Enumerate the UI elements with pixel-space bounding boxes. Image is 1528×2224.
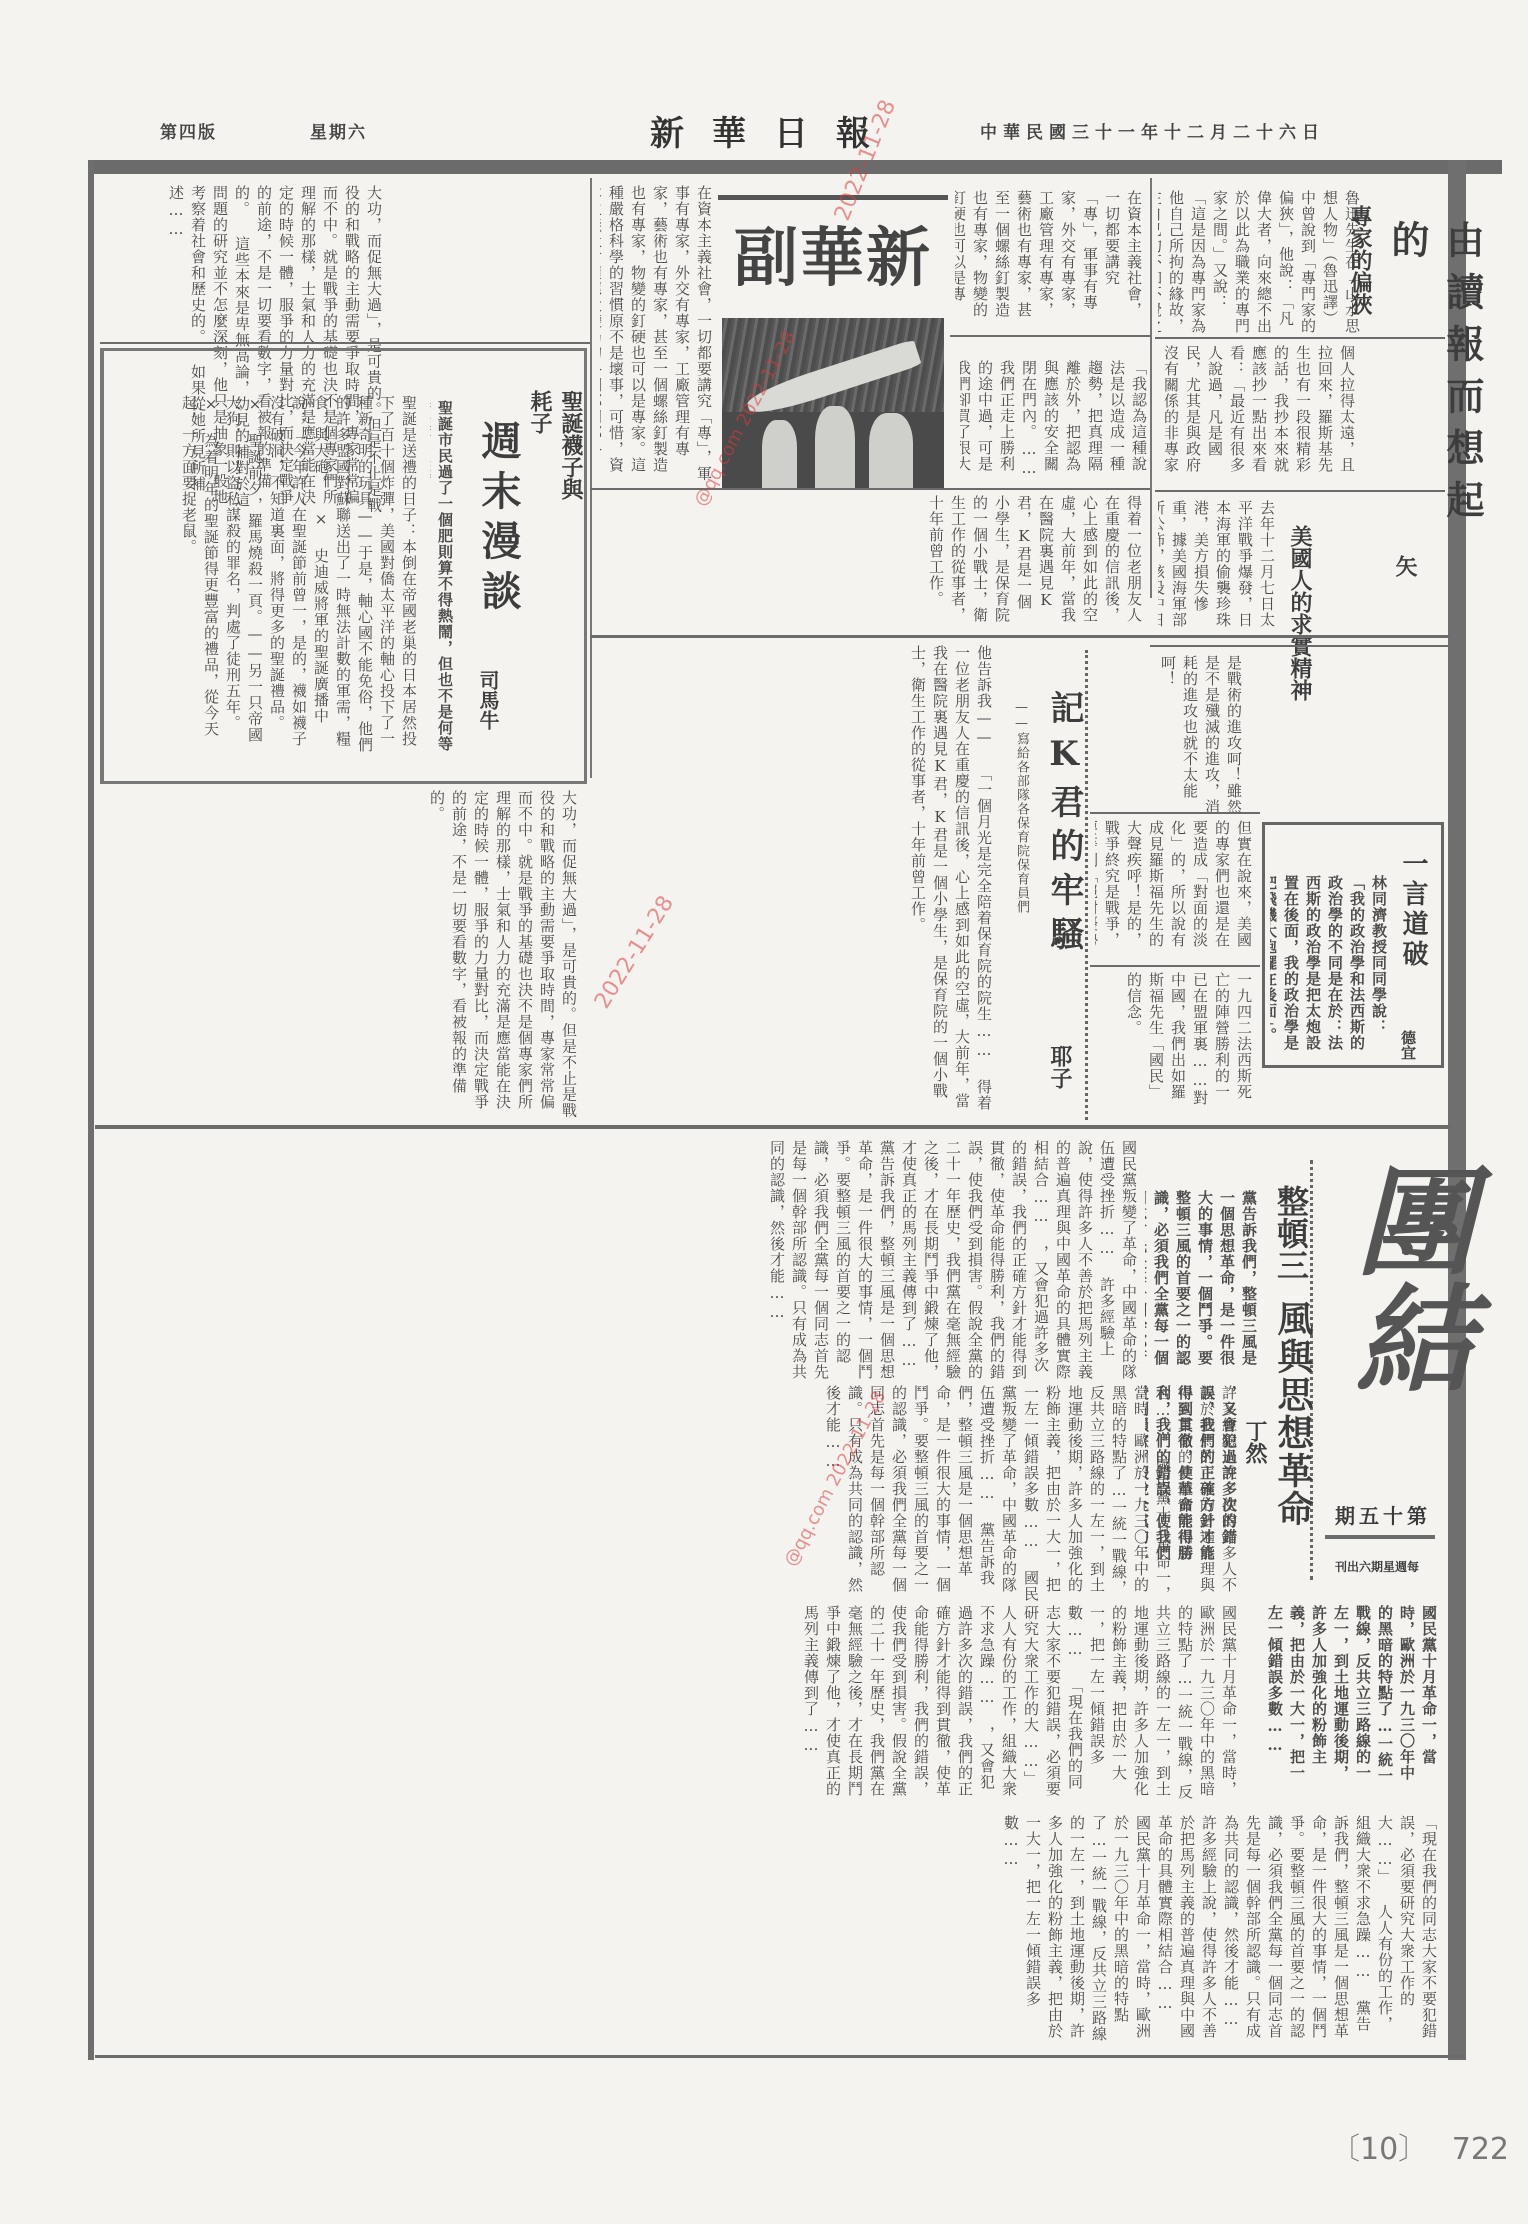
weekend-talk-title: 週末漫談 xyxy=(470,420,527,640)
one-word-author: 德宜 xyxy=(1398,1030,1419,1070)
paragraph: 「一個月光是完全陪着保育院的院生…… xyxy=(975,766,993,1060)
column-rule xyxy=(1150,178,1152,598)
tuanjie-headline-b: 風與思想革命 xyxy=(1268,1300,1319,1560)
tuanjie-lead-upper: 黨告訴我們，整頓三風是一個思想革命，是一件很大的事情，一個鬥爭。要整頓三風的首要… xyxy=(1145,1190,1260,1370)
column-rule xyxy=(590,178,592,778)
paragraph: 他告訴我—— xyxy=(975,645,993,747)
paragraph: 得着一位老朋友人在重慶的信訊後，心上感到如此的空虛，大前年，當我在醫院裏遇見K君… xyxy=(927,495,1143,623)
worker-figure xyxy=(762,420,798,488)
tuanjie-issue: 第十五期 xyxy=(1335,1500,1431,1529)
tuanjie-banner: 團結 xyxy=(1320,1160,1490,1520)
quote: 「我認為這種說法是以造成一種趨勢，把真理隔離於外，把認為與應該的安全關閉在門內。… xyxy=(960,360,1148,478)
paragraph: ，又會犯過許多次的錯誤，我們的正確方針才能得到貫徹，使革命能得勝利，我們的錯誤，… xyxy=(802,1605,996,1797)
sub-title-experts-bias: 專家的偏狹 xyxy=(1345,205,1376,335)
paragraph: 聖誕前夕，羅馬燒殺一頁。——另一只帝國大狗，則以盜私謀殺的罪名，判處了徒刑五年。 xyxy=(224,395,264,743)
one-word-title: 一言道破 xyxy=(1395,850,1432,980)
section-divider xyxy=(95,1125,1450,1129)
paragraph: 在資本主義社會，一切都要講究「專」，軍事有專家，外交有專家，工廠管理有專家，藝術… xyxy=(955,190,1143,318)
separator: × xyxy=(312,510,330,529)
paragraph: ，又會犯過許多次的錯誤，我們的正確方針才能得到貫徹，使革命能得勝利，我們的錯誤，… xyxy=(900,1140,1050,1380)
edition-label: 第四版 xyxy=(160,118,280,143)
worker-figure xyxy=(815,406,855,488)
paragraph: 國民黨十月革命一，當時，歐洲於一九三〇年中的黑暗的特點了…一統一戰線，反共立三路… xyxy=(1022,1385,1172,1602)
divider xyxy=(590,635,1450,638)
paragraph: 國民黨十月革命一，當時，歐洲於一九三〇年中的黑暗的特點了…一統一戰線，反共立三路… xyxy=(1066,1605,1238,1800)
k-jun-subtitle: ——寫給各部隊各保育院保育員們 xyxy=(1010,700,1032,1000)
tuanjie-body-tier-3: 國民黨十月革命一，當時，歐洲於一九三〇年中的黑暗的特點了…一統一戰線，反共立三路… xyxy=(100,1605,1240,1805)
page-number-value: 722 xyxy=(1452,2132,1509,2167)
sub-title-american-pragmatism: 美國人的求實精神 xyxy=(1285,525,1316,705)
weekend-talk-author: 司馬牛 xyxy=(474,670,503,750)
tuanjie-body-tier-1: 國民黨叛變了革命，中國革命的隊伍遭受挫折…… 許多經驗上說，使得許多人不善於把馬… xyxy=(100,1140,1140,1380)
right-section-col-3: 去年十二月七日太平洋戰爭爆發，日本海軍的偷襲珍珠港，美方損失慘重，據美國海軍部所… xyxy=(1158,500,1278,640)
paragraph: 為着明年的聖誕節得更豐富的禮品，從今天起，一方面要捉老鼠。 xyxy=(180,395,220,737)
divider xyxy=(100,342,590,344)
page-bracket: 〔10〕 xyxy=(1330,2132,1428,2167)
weekday-label: 星期六 xyxy=(310,118,430,143)
right-section-col-2: 個人拉得太遠，且拉回來，羅斯基先生也有一段很精彩的話，我抄本來就應該抄一點出來看… xyxy=(1158,345,1358,485)
date-line: 中華民國三十一年十二月二十六日 xyxy=(980,118,1500,143)
column-title: 由讀報而想起的 xyxy=(1380,220,1490,560)
weekend-talk-subtitle: 聖誕襪子與耗子 xyxy=(525,390,587,520)
separator: × xyxy=(202,395,220,414)
separator: × xyxy=(246,395,264,414)
divider xyxy=(1325,1535,1435,1539)
paragraph: 在資本主義社會，一切都要講究「專」，軍事有專家，外交有專家，工廠管理有專家，藝術… xyxy=(600,185,713,482)
paragraph: 一九四二法西斯死亡的陣營勝利的一已在盟軍裏……對中國，我們出如羅斯福先生「國民」… xyxy=(1125,972,1253,1106)
page-number: 〔10〕 722 xyxy=(1330,2124,1509,2168)
paragraph: 是戰術的進攻呵！雖然是不是殲滅的進攻，消耗的進攻也就不太能呵！ xyxy=(1159,655,1243,815)
middle-article-body: 得着一位老朋友人在重慶的信訊後，心上感到如此的空虛，大前年，當我在醫院裏遇見K君… xyxy=(595,495,1145,625)
paragraph: 許多經驗上說，使得許多人不善於把馬列主義的普遍真理與中國革命的具體實際相結合…… xyxy=(1156,1815,1218,2039)
right-section-col-1: 魯迅先生在「山水思想人物」（魯迅譯）中曾說到「專門家的偏狹」，他說：「凡偉大者，… xyxy=(1158,190,1363,335)
tuanjie-author: 丁然 xyxy=(1240,1420,1271,1500)
k-jun-body-lower: 一九四二法西斯死亡的陣營勝利的一已在盟軍裏……對中國，我們出如羅斯福先生「國民」… xyxy=(1095,972,1255,1112)
paragraph: 國民黨十月革命一，當時，歐洲於一九三〇年中的黑暗的特點了…一統一戰線，反共立三路… xyxy=(1002,1815,1152,2042)
weekend-talk-lead: 聖誕市民過了一個肥則算不得熱鬧，但也不是何等安莫的聖誕。 xyxy=(430,400,456,760)
paragraph: 但實在說來，美國的專家們也還是在要造成「對面的淡化」的，所以說有成見羅斯福先生的… xyxy=(1095,820,1253,957)
divider xyxy=(1090,965,1260,967)
experts-article-body: 在資本主義社會，一切都要講究「專」，軍事有專家，外交有專家，工廠管理有專家，藝術… xyxy=(955,190,1145,330)
tuanjie-headline-a: 整頓三 xyxy=(1268,1185,1314,1305)
divider xyxy=(950,335,1150,337)
experts-quote: 「我認為這種說法是以造成一種趨勢，把真理隔離於外，把認為與應該的安全關閉在門內。… xyxy=(960,360,1150,485)
tuanjie-body-tier-2: 許多經驗上說，使得許多人不善於把馬列主義的普遍真理與中國革命的具體實際相結合……… xyxy=(100,1385,1240,1605)
one-word-text: 林同濟教授同同學說：「我的政治學和法西斯的政治學的不同是在於：法西斯的政治學是把… xyxy=(1270,875,1390,1055)
paragraph: 大功，而促無大過」，是可貴的。但是不止是戰役的和戰略的主動需要爭取時間，專家常常… xyxy=(428,790,578,1119)
tuanjie-body-right-lower: 國民黨十月革命一，當時，歐洲於一九三〇年中的黑暗的特點了…一統一戰線，反共立三路… xyxy=(1250,1605,1440,1795)
weekend-talk-body: 聖誕是送禮的日子：本倒在帝國老巢的日本居然投下了百十個炸彈，美國對僑太平洋的軸心… xyxy=(110,395,420,755)
worker-figure xyxy=(869,413,913,488)
left-middle-article: 大功，而促無大過」，是可貴的。但是不止是戰役的和戰略的主動需要爭取時間，專家常常… xyxy=(100,790,580,1120)
author-char: 丁 xyxy=(1242,1420,1268,1442)
quote: 林同濟教授同同學說：「我的政治學和法西斯的政治學的不同是在於：法西斯的政治學是把… xyxy=(1270,875,1388,1051)
tuanjie-issue-note: 每週星期六出刊 xyxy=(1335,1558,1419,1575)
author-char: 然 xyxy=(1242,1442,1268,1464)
k-jun-body-left: 他告訴我—— 「一個月光是完全陪着保育院的院生…… 得着一位老朋友人在重慶的信訊… xyxy=(595,645,995,1115)
paragraph: 黨告訴我們，整頓三風是一個思想革命，是一件很大的事情，一個鬥爭。要整頓三風的首要… xyxy=(1222,1815,1372,2039)
tuanjie-body-tier-4: 「現在我們的同志大家不要犯錯誤，必須要研究大衆工作的大……」 人人有份的工作，組… xyxy=(100,1815,1440,2045)
paragraph: 黨告訴我們，整頓三風是一個思想革命，是一件很大的事情，一個鬥爭。要整頓三風的首要… xyxy=(824,1385,996,1593)
paragraph: 黨告訴我們，整頓三風是一個思想革命，是一件很大的事情，一個鬥爭。要整頓三風的首要… xyxy=(768,1140,896,1380)
bottom-rule xyxy=(95,2055,1465,2058)
divider xyxy=(590,488,1150,490)
masthead-title: 新華日報 xyxy=(650,106,950,155)
divider xyxy=(1150,645,1450,647)
k-jun-author: 耶子 xyxy=(1045,1045,1076,1105)
column-author: 矢 xyxy=(1390,555,1421,585)
k-jun-body-upper: 是戰術的進攻呵！雖然是不是殲滅的進攻，消耗的進攻也就不太能呵！ xyxy=(1095,655,1245,815)
k-jun-title: 記K君的牢騷 xyxy=(1040,690,1089,1030)
center-top-narrow-column: 在資本主義社會，一切都要講究「專」，軍事有專家，外交有專家，工廠管理有專家，藝術… xyxy=(600,185,715,485)
divider xyxy=(1090,812,1260,814)
k-jun-body-mid: 但實在說來，美國的專家們也還是在要造成「對面的淡化」的，所以說有成見羅斯福先生的… xyxy=(1095,820,1255,960)
